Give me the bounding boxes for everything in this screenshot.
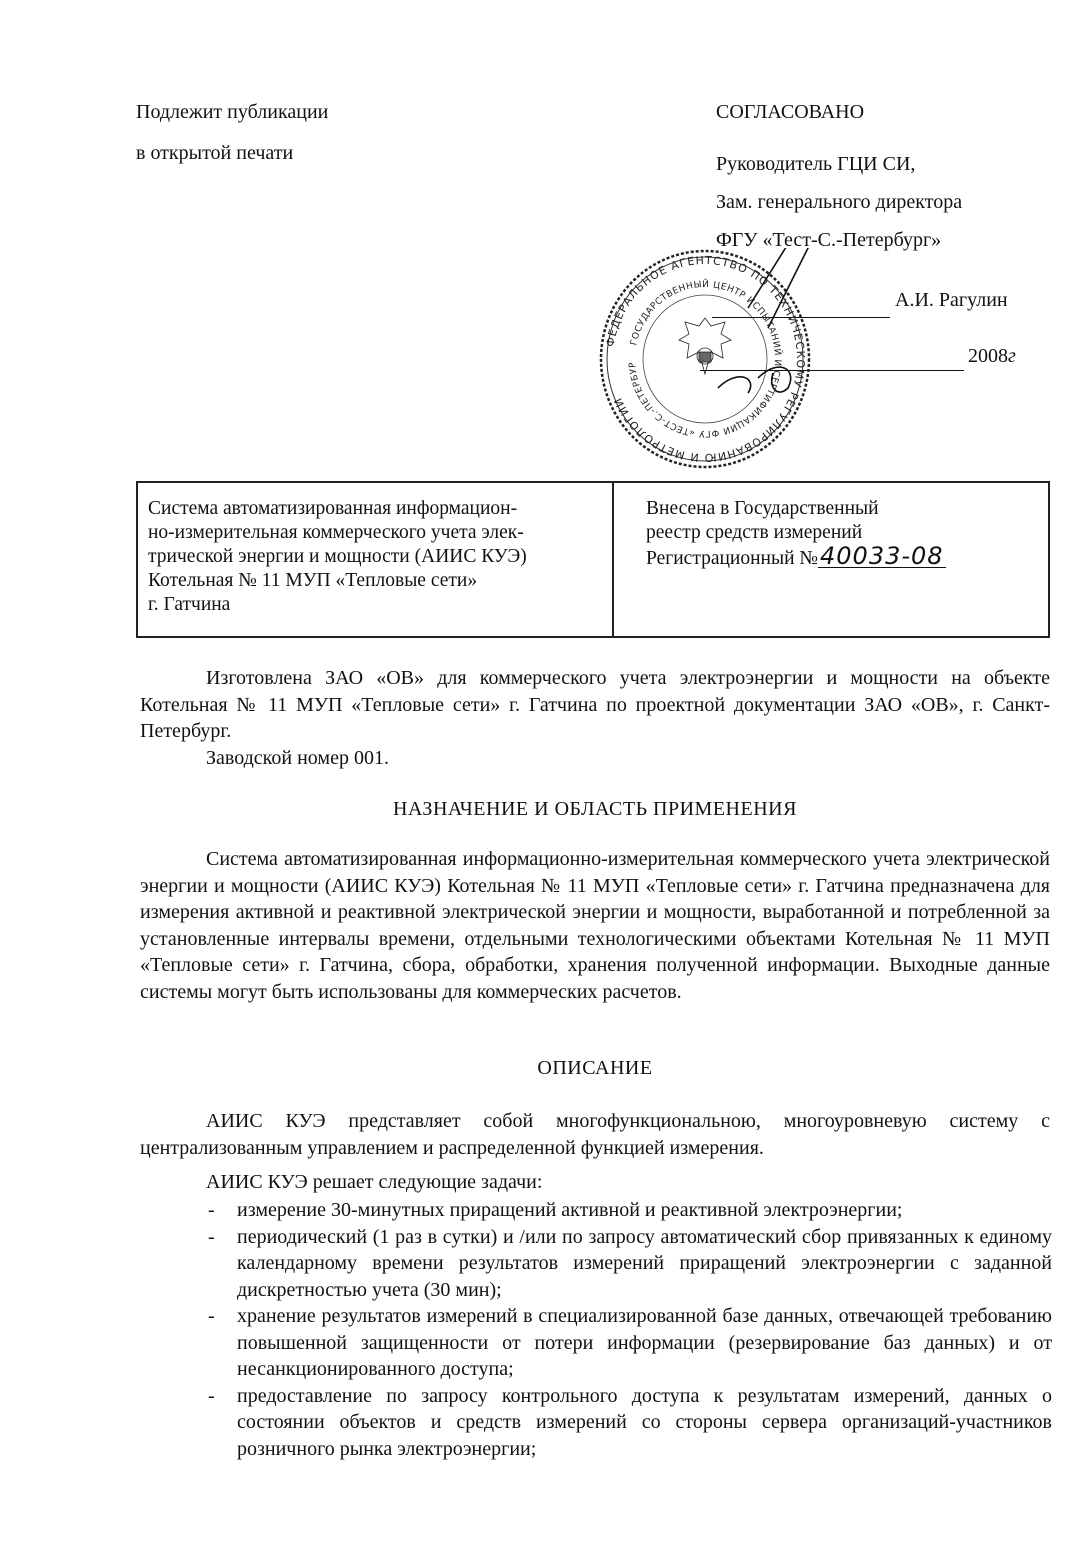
- approval-line-1: Руководитель ГЦИ СИ,: [716, 153, 915, 176]
- purpose-paragraph: Система автоматизированная информационно…: [140, 846, 1050, 1005]
- approval-date: 2008г: [968, 345, 1016, 368]
- signatory-name: А.И. Рагулин: [895, 289, 1008, 312]
- tasks-intro: АИИС КУЭ решает следующие задачи:: [206, 1171, 542, 1194]
- task-item: измерение 30-минутных приращений активно…: [206, 1197, 1052, 1224]
- purpose-section: Система автоматизированная информационно…: [140, 846, 1050, 1005]
- description-paragraph: АИИС КУЭ представляет собой многофункцио…: [140, 1108, 1050, 1161]
- registration-label: Регистрационный №: [646, 548, 818, 569]
- task-item: периодический (1 раз в сутки) и /или по …: [206, 1224, 1052, 1304]
- approval-line-2: Зам. генерального директора: [716, 191, 962, 214]
- approval-date-year: 2008: [968, 345, 1008, 367]
- system-name-line: Система автоматизированная информацион-: [148, 497, 602, 521]
- system-name-line: Котельная № 11 МУП «Тепловые сети»: [148, 569, 602, 593]
- system-name-line: но-измерительная коммерческого учета эле…: [148, 521, 602, 545]
- registration-number: 40033-08: [818, 545, 946, 568]
- approval-date-suffix: г: [1008, 345, 1016, 367]
- registry-line: Внесена в Государственный: [646, 497, 1038, 521]
- system-name-line: г. Гатчина: [148, 593, 602, 617]
- section-heading-purpose: НАЗНАЧЕНИЕ И ОБЛАСТЬ ПРИМЕНЕНИЯ: [140, 798, 1050, 821]
- system-name-cell: Система автоматизированная информацион- …: [138, 483, 614, 636]
- publication-note-line1: Подлежит публикации: [136, 101, 328, 124]
- publication-note-line2: в открытой печати: [136, 142, 293, 165]
- registration-box: Система автоматизированная информацион- …: [136, 481, 1050, 638]
- description-section: АИИС КУЭ представляет собой многофункцио…: [140, 1108, 1050, 1161]
- intro-section: Изготовлена ЗАО «ОВ» для коммерческого у…: [140, 665, 1050, 771]
- serial-number: Заводской номер 001.: [140, 745, 1050, 772]
- task-item: предоставление по запросу контрольного д…: [206, 1383, 1052, 1463]
- tasks-list: измерение 30-минутных приращений активно…: [206, 1197, 1052, 1462]
- task-item: хранение результатов измерений в специал…: [206, 1303, 1052, 1383]
- approval-title: СОГЛАСОВАНО: [716, 101, 864, 124]
- registration-number-row: Регистрационный №40033-08: [646, 545, 1038, 571]
- registry-cell: Внесена в Государственный реестр средств…: [614, 483, 1048, 636]
- official-seal-icon: ФЕДЕРАЛЬНОЕ АГЕНТСТВО ПО ТЕХНИЧЕСКОМУ РЕ…: [598, 248, 812, 470]
- section-heading-description: ОПИСАНИЕ: [140, 1057, 1050, 1080]
- system-name-line: трической энергии и мощности (АИИС КУЭ): [148, 545, 602, 569]
- intro-paragraph: Изготовлена ЗАО «ОВ» для коммерческого у…: [140, 665, 1050, 745]
